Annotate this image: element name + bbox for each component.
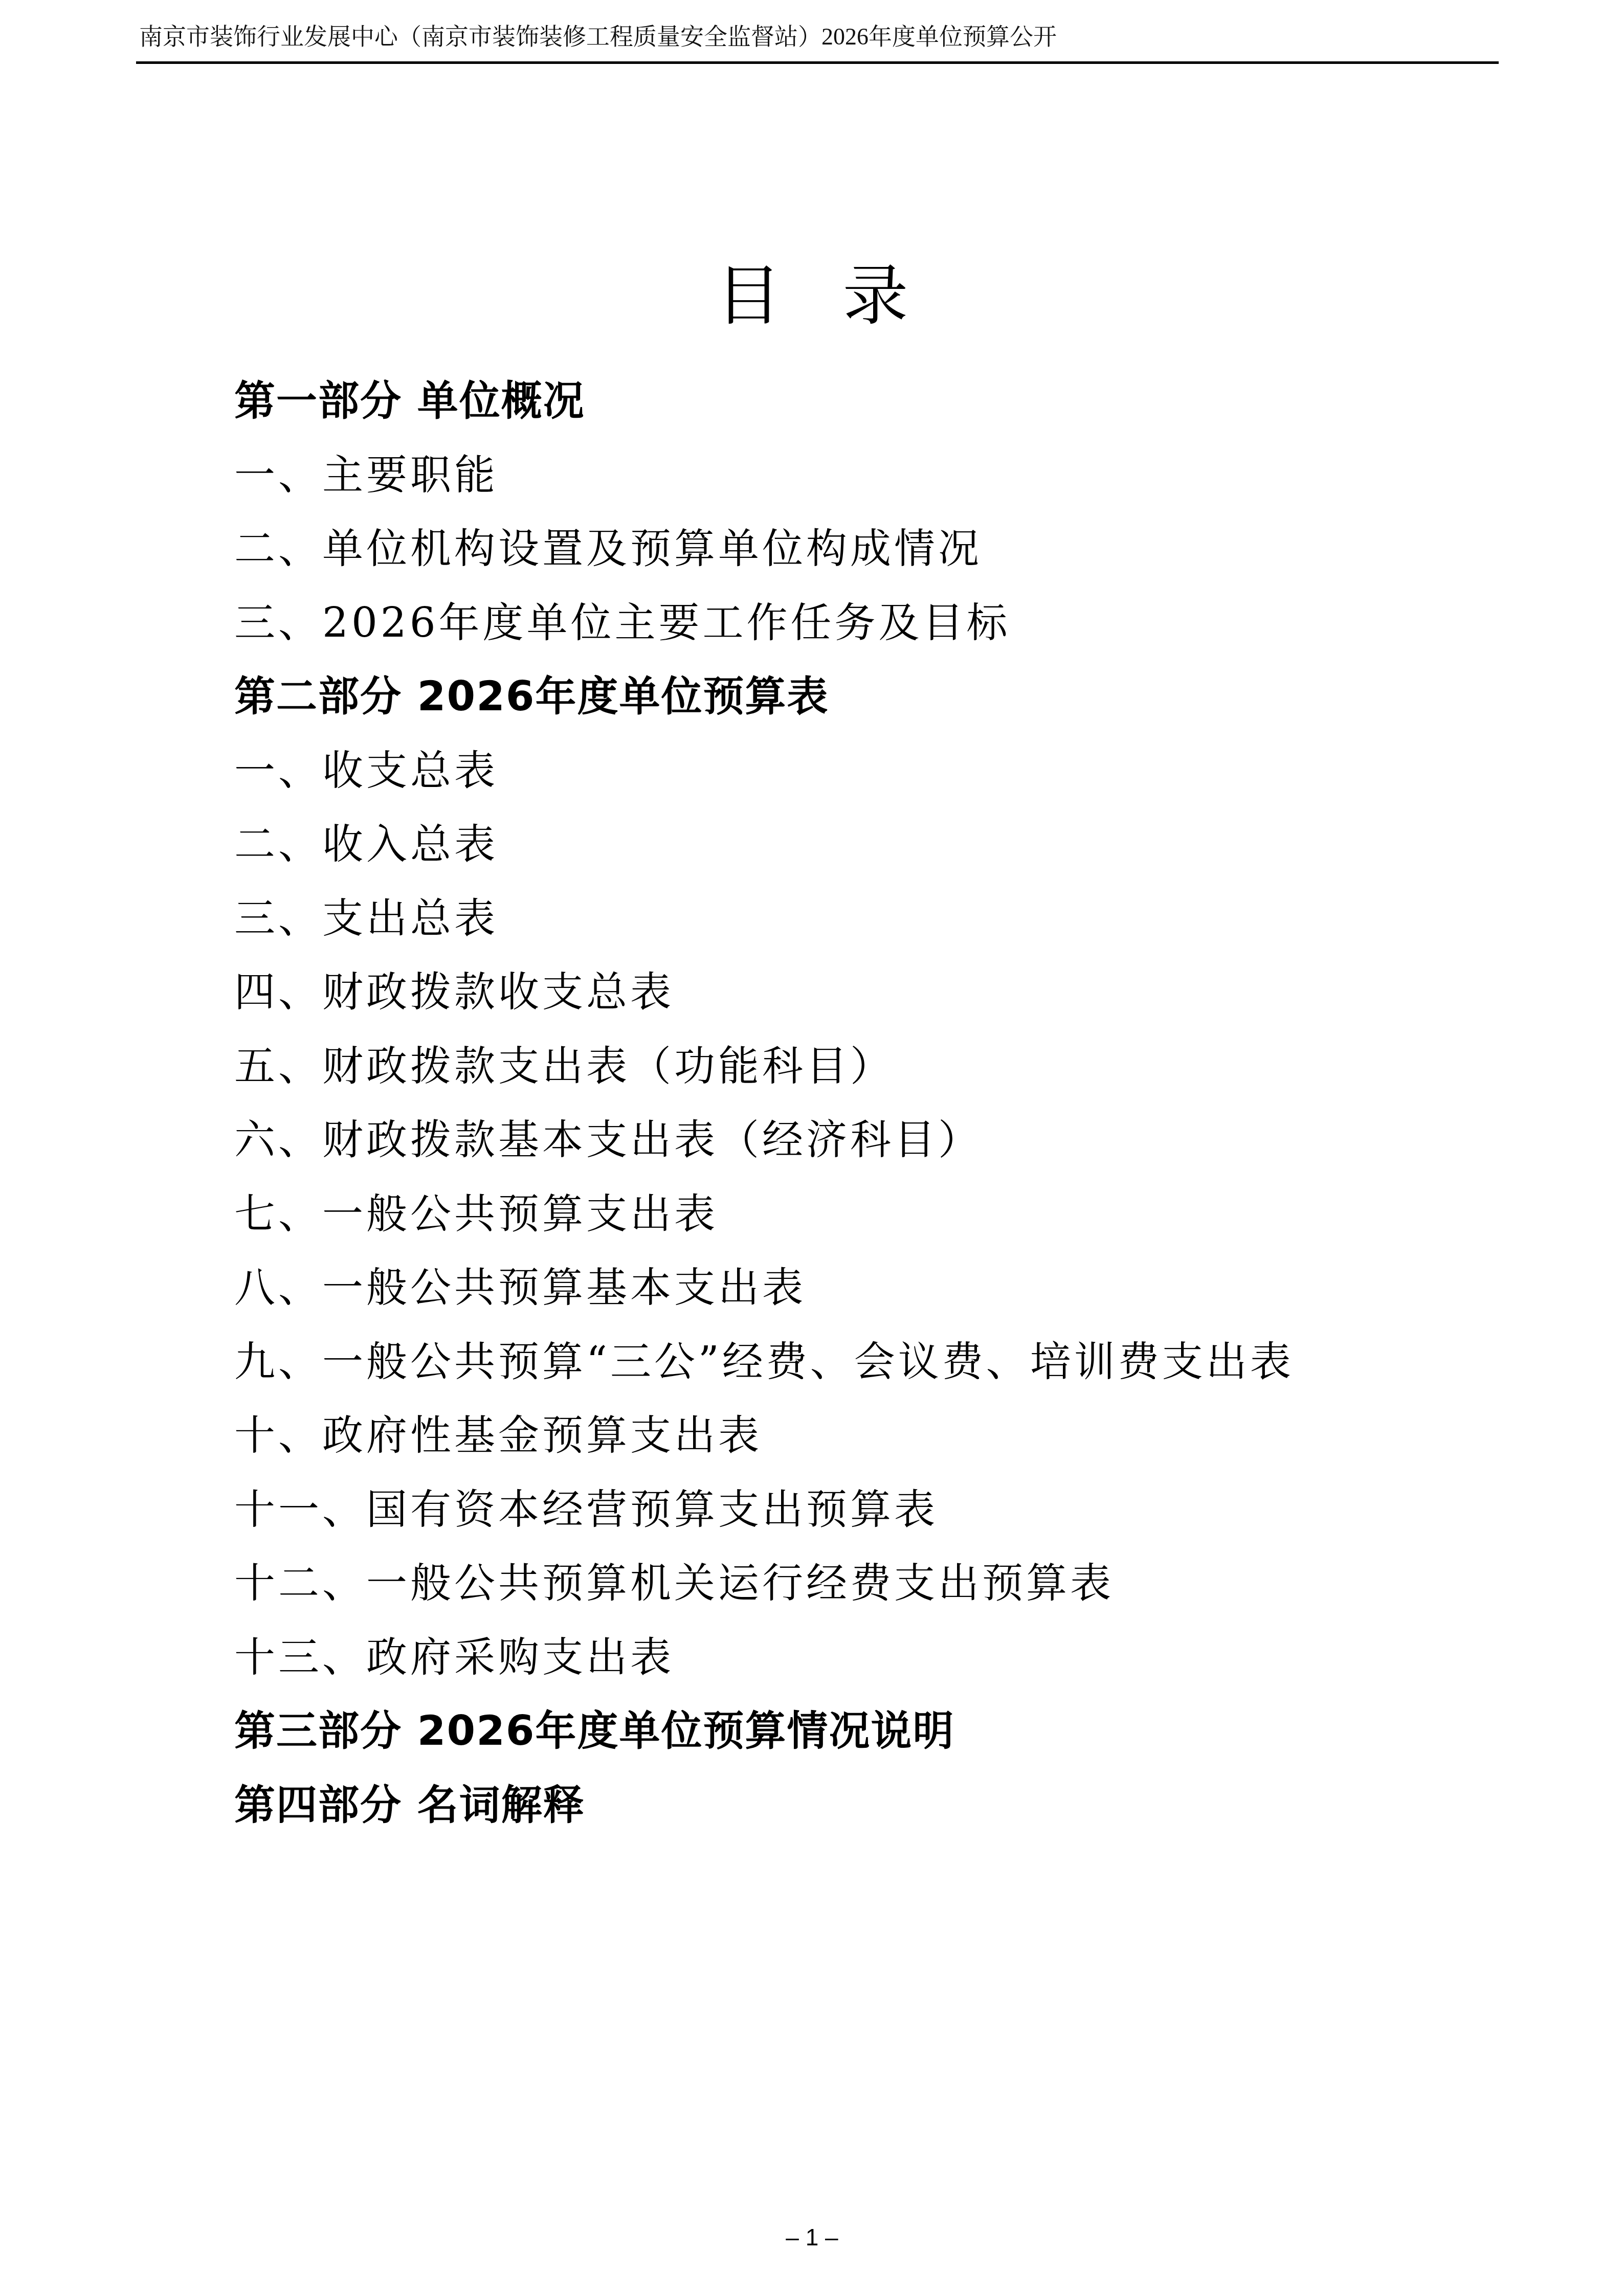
toc-item[interactable]: 十一、国有资本经营预算支出预算表 <box>234 1473 1294 1547</box>
toc-part-3[interactable]: 第三部分 2026年度单位预算情况说明 <box>234 1694 1294 1768</box>
toc-item[interactable]: 十、政府性基金预算支出表 <box>234 1399 1294 1473</box>
toc-item[interactable]: 八、一般公共预算基本支出表 <box>234 1251 1294 1325</box>
table-of-contents: 第一部分 单位概况 一、主要职能 二、单位机构设置及预算单位构成情况 三、202… <box>234 364 1294 1842</box>
toc-item[interactable]: 四、财政拨款收支总表 <box>234 955 1294 1029</box>
toc-item[interactable]: 三、2026年度单位主要工作任务及目标 <box>234 586 1294 660</box>
toc-item[interactable]: 一、收支总表 <box>234 734 1294 808</box>
toc-item[interactable]: 二、单位机构设置及预算单位构成情况 <box>234 512 1294 586</box>
toc-item[interactable]: 一、主要职能 <box>234 438 1294 512</box>
toc-item[interactable]: 三、支出总表 <box>234 882 1294 956</box>
toc-item[interactable]: 十三、政府采购支出表 <box>234 1620 1294 1695</box>
toc-item[interactable]: 七、一般公共预算支出表 <box>234 1177 1294 1251</box>
toc-item[interactable]: 六、财政拨款基本支出表（经济科目） <box>234 1103 1294 1177</box>
toc-part-1[interactable]: 第一部分 单位概况 <box>234 364 1294 438</box>
page-number: – 1 – <box>0 2222 1624 2253</box>
toc-item[interactable]: 九、一般公共预算“三公”经费、会议费、培训费支出表 <box>234 1325 1294 1399</box>
running-header: 南京市装饰行业发展中心（南京市装饰装修工程质量安全监督站）2026年度单位预算公… <box>139 21 1057 52</box>
header-rule <box>136 61 1499 64</box>
toc-item[interactable]: 五、财政拨款支出表（功能科目） <box>234 1029 1294 1104</box>
toc-title: 目录 <box>0 251 1624 343</box>
toc-item[interactable]: 十二、一般公共预算机关运行经费支出预算表 <box>234 1546 1294 1620</box>
toc-part-2[interactable]: 第二部分 2026年度单位预算表 <box>234 660 1294 734</box>
toc-part-4[interactable]: 第四部分 名词解释 <box>234 1768 1294 1842</box>
toc-item[interactable]: 二、收入总表 <box>234 807 1294 882</box>
